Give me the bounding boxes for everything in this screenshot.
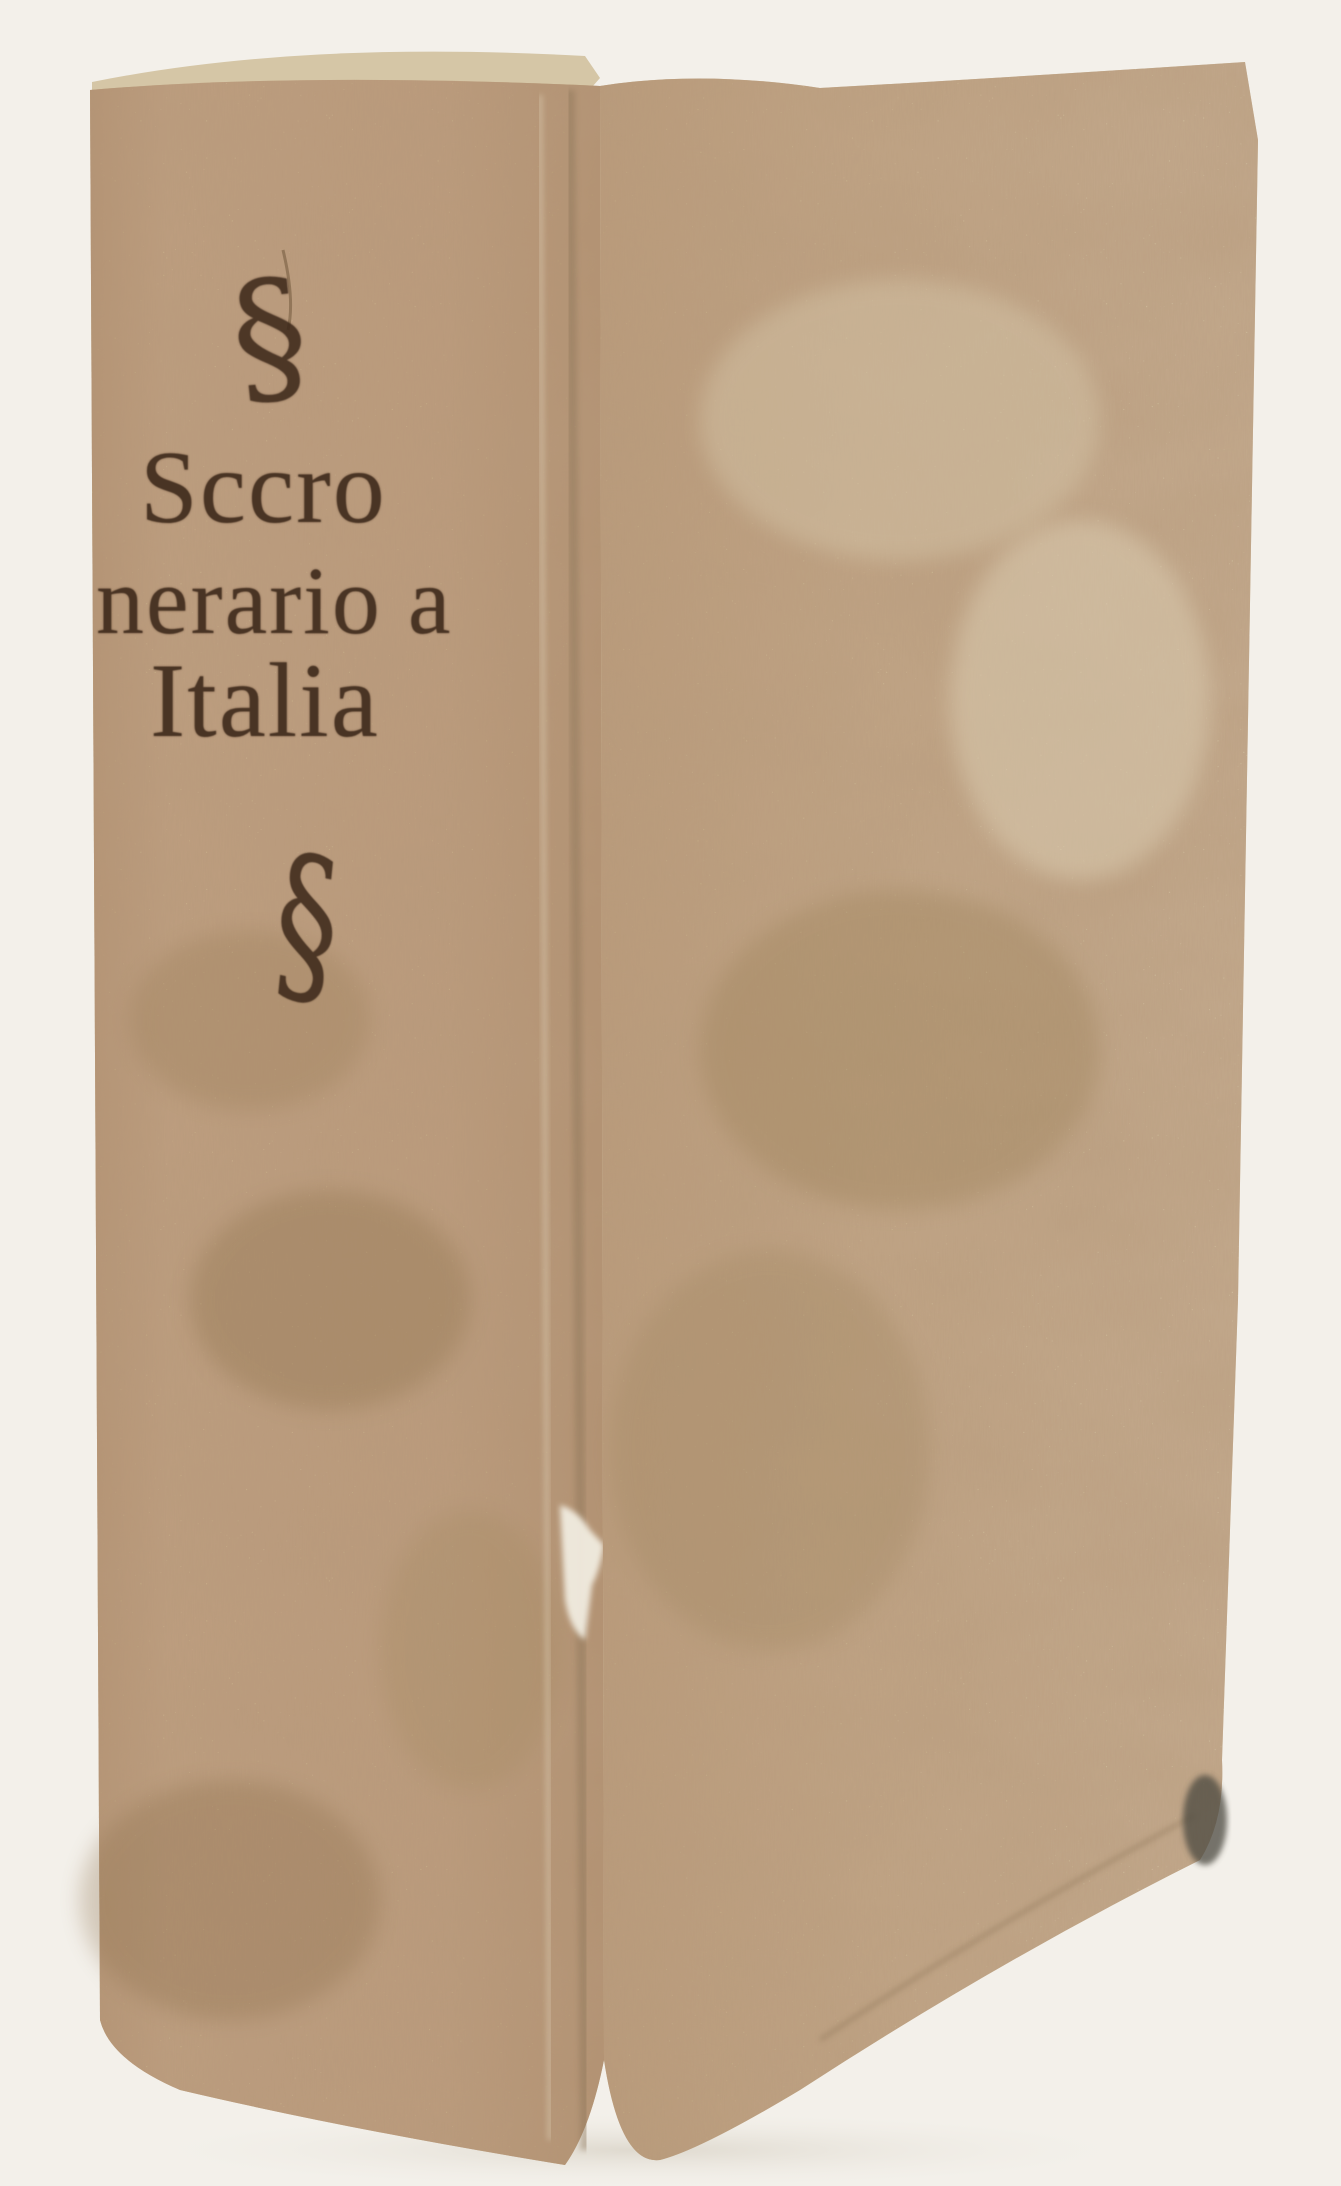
- corner-stain: [1183, 1775, 1227, 1865]
- spine-title-line-3: Italia: [150, 640, 380, 762]
- book-photograph: § Sccro nerario a Italia §: [0, 0, 1341, 2186]
- front-cover: [600, 62, 1258, 2160]
- spine-title-line-1: Sccro: [140, 428, 387, 547]
- book-illustration: [0, 0, 1341, 2186]
- spine: [80, 80, 604, 2165]
